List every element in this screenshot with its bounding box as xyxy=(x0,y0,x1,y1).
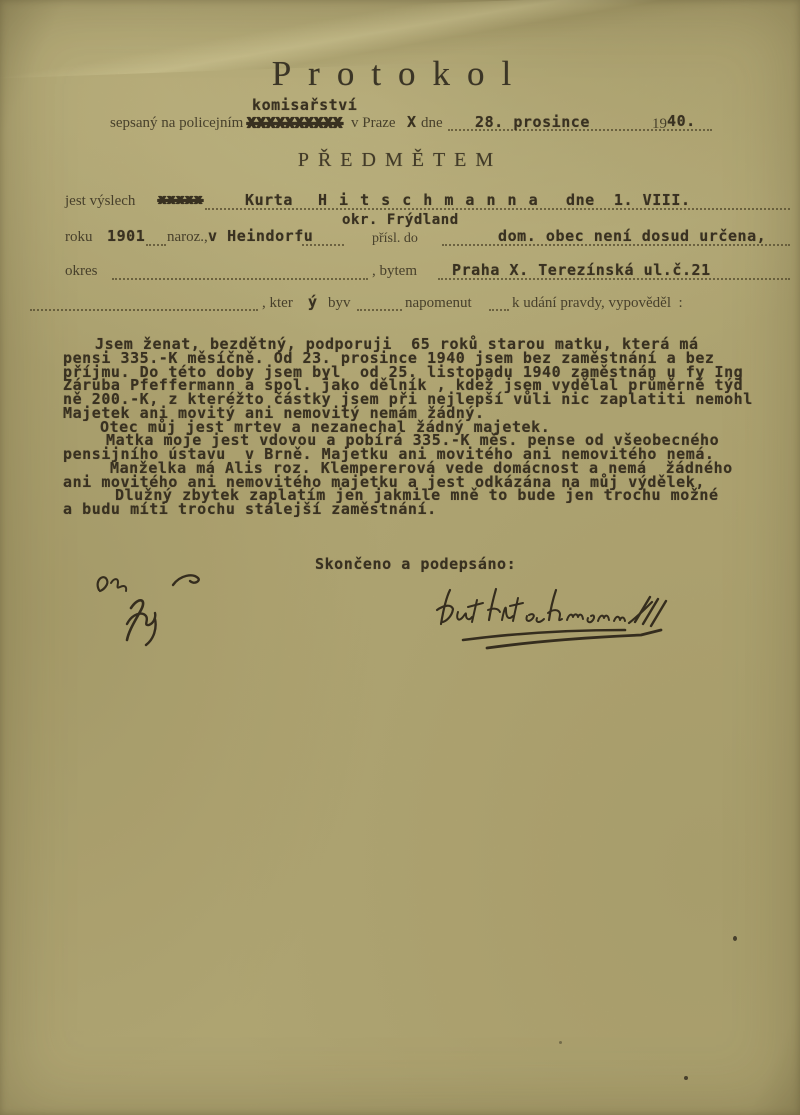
subject-signature xyxy=(425,580,695,658)
fill-line-dots xyxy=(489,309,509,311)
year-printed: 19 xyxy=(652,116,667,133)
okres-fill-line xyxy=(112,278,368,280)
intro-place: v Praze xyxy=(351,115,396,132)
paper-speck xyxy=(733,936,737,941)
paper-speck xyxy=(684,1076,688,1080)
label-byv: byv xyxy=(328,295,351,312)
statement-body: Jsem ženat, bezdětný, podporuji 65 roků … xyxy=(63,338,793,517)
typed-y-suffix: ý xyxy=(308,293,318,311)
label-prisl-do: přísl. do xyxy=(372,231,418,247)
struck-small-word: xxxxx xyxy=(158,192,203,208)
official-signature xyxy=(85,568,210,653)
label-okres: okres xyxy=(65,263,98,280)
protocol-document-page: Protokol komisařství sepsaný na policejn… xyxy=(0,0,800,1115)
intro-dne-label: dne xyxy=(421,115,443,132)
label-warning-rest: k udání pravdy, vypověděl : xyxy=(512,295,683,312)
typed-birthplace: v Heindorfu xyxy=(208,227,313,245)
fill-line-dots xyxy=(357,309,402,311)
label-bytem: , bytem xyxy=(372,263,417,280)
label-naroz: naroz., xyxy=(167,229,208,246)
typed-body-line: a budu míti trochu stálejší zaměstnání. xyxy=(63,503,793,517)
subject-heading: PŘEDMĚTEM xyxy=(0,149,800,172)
typed-birth-year: 1901 xyxy=(107,227,145,245)
fill-line-dots xyxy=(30,309,258,311)
typed-domicile: dom. obec není dosud určena, xyxy=(498,227,766,245)
typed-office-correction: komisařství xyxy=(252,96,357,114)
label-kter: , kter xyxy=(262,295,293,312)
label-jest-vyslech: jest výslech xyxy=(65,193,135,210)
label-roku: roku xyxy=(65,229,93,246)
year-typed: 40. xyxy=(667,112,696,130)
paper-speck xyxy=(559,1041,562,1044)
typed-strike-x: X xyxy=(407,113,417,131)
typed-hearing-date: dne 1. VIII. xyxy=(566,191,691,209)
document-title: Protokol xyxy=(0,54,800,94)
label-napomenut: napomenut xyxy=(405,295,472,312)
closing-line: Skončeno a podepsáno: xyxy=(315,555,516,573)
typed-date: 28. prosince xyxy=(475,113,590,131)
typed-surname: H i t s c h m a n n a xyxy=(318,191,539,209)
typed-district-above: okr. Frýdland xyxy=(342,212,459,228)
intro-prefix: sepsaný na policejním xyxy=(110,115,243,132)
typed-first-name: Kurta xyxy=(245,191,293,209)
fill-line-dots xyxy=(302,244,344,246)
struck-out-word: XXXXXXXXXX xyxy=(247,114,343,132)
fill-line-dots xyxy=(146,244,166,246)
typed-address: Praha X. Terezínská ul.č.21 xyxy=(452,261,711,279)
